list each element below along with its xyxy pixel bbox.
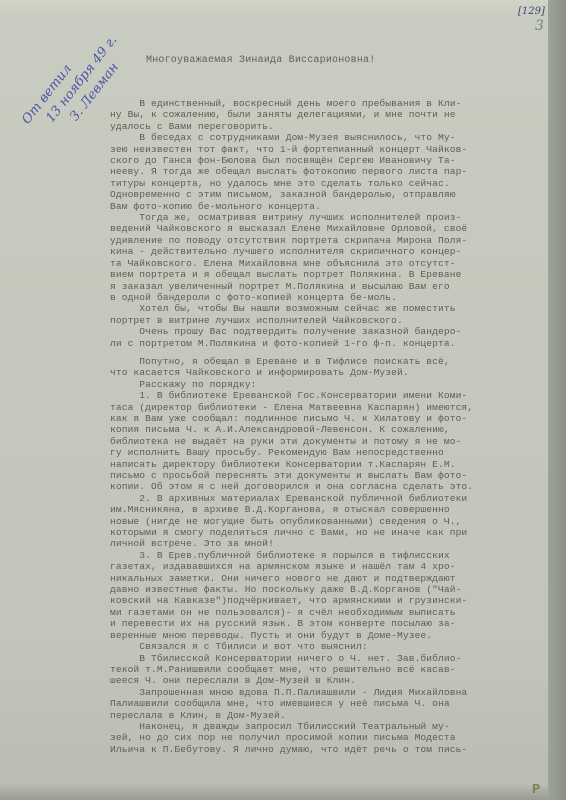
letter-line: газетах, издававшихся на армянском языке… [110, 561, 540, 572]
letter-line: удалось с Вами переговорить. [110, 121, 540, 132]
letter-line: портрет в витрине лучших исполнителей Ча… [110, 315, 540, 326]
letter-line: личной встрече. Это за мной! [110, 538, 540, 549]
letter-line: Расскажу по порядку: [110, 379, 540, 390]
letter-line: удивление по поводу отсутствия портрета … [110, 235, 540, 246]
letter-line: Вам фото-копию бе-мольного концерта. [110, 201, 540, 212]
letter-line: ведений Чайковского я высказал Елене Мих… [110, 223, 540, 234]
letter-line: им.Мясникяна, в архиве В.Д.Корганова, я … [110, 504, 540, 515]
letter-line: кина - действительно лучшего исполнителя… [110, 246, 540, 257]
letter-line: ми газетами он не пользовался)- я счёл н… [110, 607, 540, 618]
letter-line: копия письма Ч. к А.И.Александровой-Леве… [110, 424, 540, 435]
letter-line: Ильича к П.Бебутову. Я лично думаю, что … [110, 744, 540, 755]
archive-number: [129] [518, 6, 545, 17]
letter-line: ковский на Кавказе")подчёркивает, что ар… [110, 595, 540, 606]
letter-line: зею неизвестен тот факт, что 1-й фортепи… [110, 144, 540, 155]
letter-line: зей, но до сих пор не получил просимой к… [110, 732, 540, 743]
letter-line: Наконец, я дважды запросил Тбилисский Те… [110, 721, 540, 732]
letter-body: В единственный, воскресный день моего пр… [110, 98, 540, 755]
letter-line: написать директору библиотеки Консервато… [110, 459, 540, 470]
letter-line: ского до Ганса фон-Бюлова был посвящён С… [110, 155, 540, 166]
letter-line: нееву. Я тогда же обещал выслать фотокоп… [110, 166, 540, 177]
letter-line: письмо с просьбой переснять эти документ… [110, 470, 540, 481]
letter-line: 3. В Ерев.публичной библиотеке я порылся… [110, 550, 540, 561]
letter-line: переслала в Клин, в Дом-Музей. [110, 710, 540, 721]
letter-line: ли с портретом М.Полякина и фото-копией … [110, 338, 540, 349]
letter-line: Попутно, я обещал в Ереване и в Тифлисе … [110, 356, 540, 367]
letter-line: что касается Чайковского и информировать… [110, 367, 540, 378]
archive-sheet-number: 3 [535, 18, 544, 34]
scanner-edge [548, 0, 566, 800]
letter-line [110, 349, 540, 356]
letter-line: Одновременно с этим письмом, заказной ба… [110, 189, 540, 200]
letter-line: библиотека не выдаёт на руки эти докумен… [110, 436, 540, 447]
letter-line: таса (директор библиотеки - Елена Матвее… [110, 402, 540, 413]
letter-line: которыми я смогу поделиться лично с Вами… [110, 527, 540, 538]
document-page: [129] 3 От ветил 13 ноября 49 г. З. Левм… [0, 0, 548, 800]
letter-line: текой т.М.Ранишвили сообщает мне, что ре… [110, 664, 540, 675]
letter-line: гу исполнить Вашу просьбу. Рекомендую Ва… [110, 447, 540, 458]
letter-line: титуры концерта, но удалось мне это сдел… [110, 178, 540, 189]
letter-line: В беседах с сотрудниками Дом-Музея выясн… [110, 132, 540, 143]
letter-line: копии. Об этом я с ней договорился и она… [110, 481, 540, 492]
letter-line: и перевести их на русский язык. В этом к… [110, 618, 540, 629]
letter-line: 2. В архивных материалах Ереванской публ… [110, 493, 540, 504]
letter-line: В единственный, воскресный день моего пр… [110, 98, 540, 109]
letter-line: давно известные факты. Но поскольку даже… [110, 584, 540, 595]
letter-line: никальных заметки. Они ничего нового не … [110, 573, 540, 584]
letter-line: та Чайковского. Елена Михайловна мне объ… [110, 258, 540, 269]
letter-line: Очень прошу Вас подтвердить получение за… [110, 326, 540, 337]
letter-line: шееся Ч. они переслали в Дом-Музей в Кли… [110, 675, 540, 686]
letter-line: ну Вы, к сожалению, были заняты делегаци… [110, 109, 540, 120]
page-bottom-shadow [0, 784, 548, 800]
letter-line: веренные мною переводы. Пусть и они буду… [110, 630, 540, 641]
letter-line: Палиашвили сообщила мне, что имевшиеся у… [110, 698, 540, 709]
letter-line: новые (нигде не могущие быть опубликован… [110, 516, 540, 527]
letter-line: как я Вам уже сообщал: подлинное письмо … [110, 413, 540, 424]
letter-line: я заказал увеличенный портрет М.Полякина… [110, 281, 540, 292]
letter-line: 1. В библиотеке Ереванской Гос.Консерват… [110, 390, 540, 401]
paper-fold [0, 0, 548, 14]
letter-salutation: Многоуважаемая Зинаида Виссарионовна! [146, 55, 375, 66]
letter-line: вием портрета и я обещал выслать портрет… [110, 269, 540, 280]
letter-line: Связался я с Тбилиси и вот что выяснил: [110, 641, 540, 652]
letter-line: в одной бандероли с фото-копией концерта… [110, 292, 540, 303]
letter-line: Запрошенная мною вдова П.П.Палиашвили - … [110, 687, 540, 698]
letter-line: В Тбилисской Консерватории ничего о Ч. н… [110, 653, 540, 664]
letter-line: Хотел бы, чтобы Вы нашли возможным сейча… [110, 303, 540, 314]
letter-line: Тогда же, осматривая витрину лучших испо… [110, 212, 540, 223]
